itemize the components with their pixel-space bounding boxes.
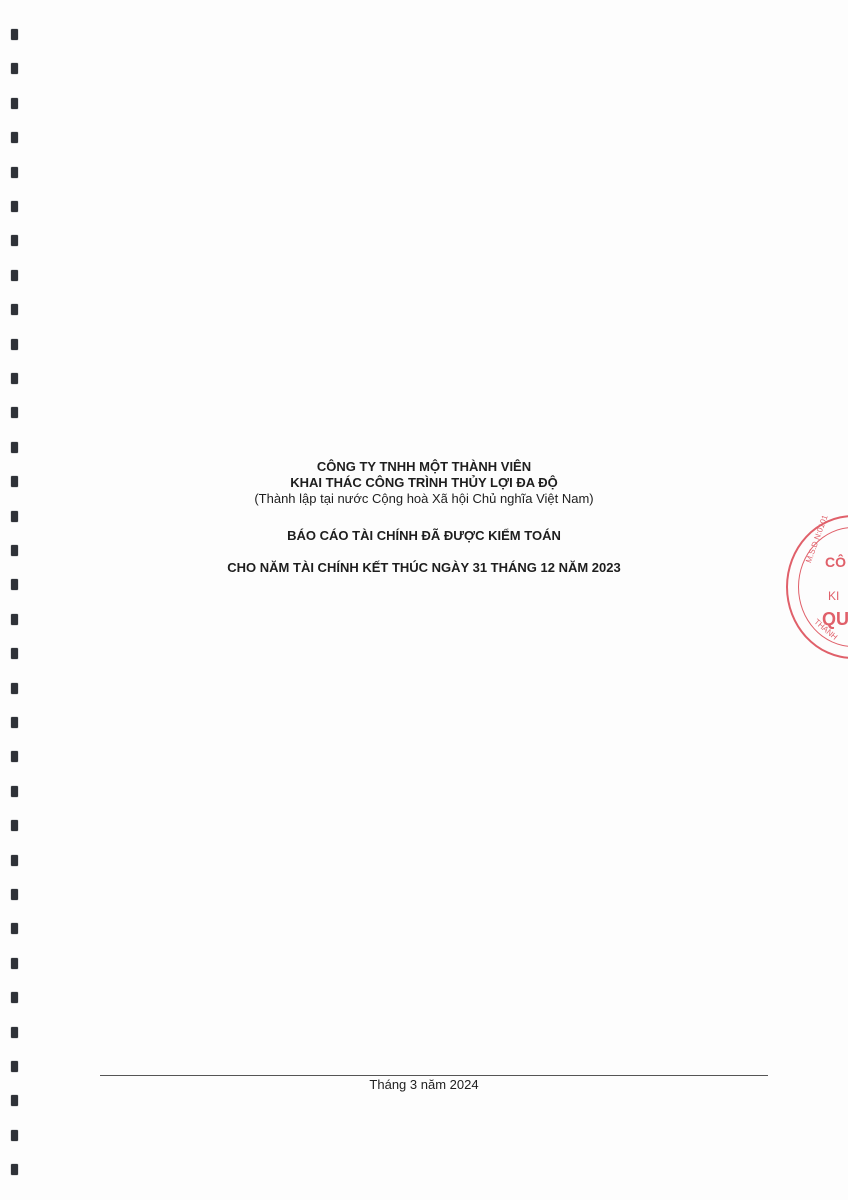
report-title: BÁO CÁO TÀI CHÍNH ĐÃ ĐƯỢC KIỂM TOÁN [0, 528, 848, 543]
report-period: CHO NĂM TÀI CHÍNH KẾT THÚC NGÀY 31 THÁNG… [0, 560, 848, 575]
binding-hole [11, 958, 18, 969]
binding-hole [11, 1095, 18, 1106]
binding-hole [11, 167, 18, 178]
binding-hole [11, 889, 18, 900]
company-name-line1: CÔNG TY TNHH MỘT THÀNH VIÊN [0, 459, 848, 475]
stamp-text-line1: CÔ [825, 554, 846, 570]
binding-hole [11, 304, 18, 315]
binding-hole [11, 63, 18, 74]
binding-hole [11, 717, 18, 728]
binding-hole [11, 820, 18, 831]
binding-hole [11, 339, 18, 350]
binding-hole [11, 648, 18, 659]
binding-hole [11, 614, 18, 625]
binding-hole [11, 1164, 18, 1175]
binding-hole [11, 683, 18, 694]
binding-hole [11, 992, 18, 1003]
binding-hole [11, 855, 18, 866]
binding-hole [11, 786, 18, 797]
binding-hole [11, 1027, 18, 1038]
company-name-line2: KHAI THÁC CÔNG TRÌNH THỦY LỢI ĐA ĐỘ [0, 475, 848, 491]
stamp-text-line3: QU [822, 609, 848, 630]
stamp-text-line2: KI [828, 589, 839, 603]
binding-hole [11, 923, 18, 934]
binding-hole [11, 751, 18, 762]
binding-hole [11, 511, 18, 522]
binding-hole [11, 407, 18, 418]
footer-divider [100, 1075, 768, 1076]
binding-hole [11, 235, 18, 246]
binding-hole [11, 579, 18, 590]
binding-hole [11, 98, 18, 109]
document-page: CÔNG TY TNHH MỘT THÀNH VIÊN KHAI THÁC CÔ… [0, 0, 848, 1200]
binding-hole [11, 201, 18, 212]
binding-hole [11, 29, 18, 40]
footer-date: Tháng 3 năm 2024 [0, 1077, 848, 1092]
company-name: CÔNG TY TNHH MỘT THÀNH VIÊN KHAI THÁC CÔ… [0, 459, 848, 491]
binding-hole [11, 132, 18, 143]
binding-hole [11, 1130, 18, 1141]
established-note: (Thành lập tại nước Cộng hoà Xã hội Chủ … [0, 491, 848, 507]
binding-hole [11, 373, 18, 384]
binding-hole [11, 545, 18, 556]
binding-hole [11, 1061, 18, 1072]
binding-hole [11, 442, 18, 453]
binding-hole [11, 270, 18, 281]
